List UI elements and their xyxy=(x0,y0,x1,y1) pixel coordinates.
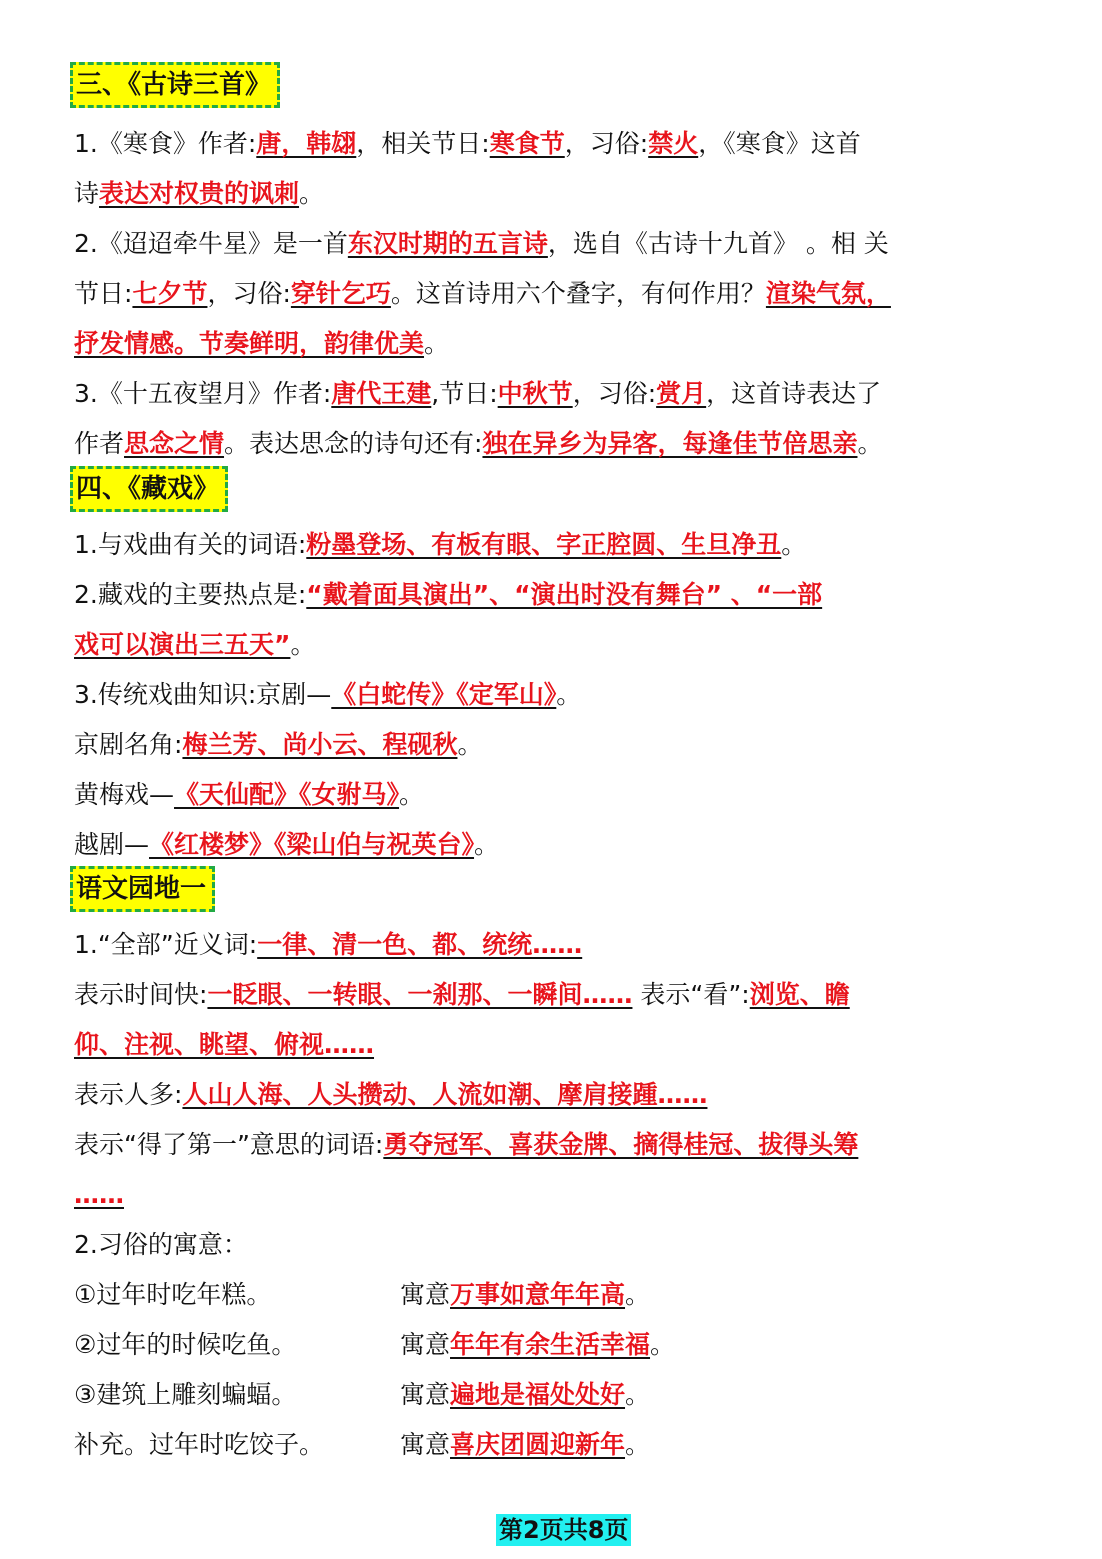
garden-line1: 1.“全部”近义词:一律、清一色、都、统统…… xyxy=(74,928,582,962)
answer-emotion: 思念之情 xyxy=(124,429,224,458)
text: 节日: xyxy=(74,279,132,308)
answer-meaning: 表达对权贵的讽刺 xyxy=(99,179,299,208)
text: 越剧— xyxy=(74,830,149,859)
answer-author: 唐代王建 xyxy=(331,379,431,408)
text: 2.藏戏的主要热点是: xyxy=(74,580,306,609)
text: 。 xyxy=(650,1330,675,1359)
poem1-line1: 1.《寒食》作者:唐，韩翃，相关节日:寒食节，习俗:禁火，《寒食》这首 xyxy=(74,127,861,161)
poem2-line1: 2.《迢迢牵牛星》是一首东汉时期的五言诗，选自《古诗十九首》 。相 关 xyxy=(74,227,889,261)
poem3-line1: 3.《十五夜望月》作者:唐代王建,节日:中秋节，习俗:赏月，这首诗表达了 xyxy=(74,377,881,411)
garden-line4: 表示人多:人山人海、人头攒动、人流如潮、摩肩接踵…… xyxy=(74,1078,707,1112)
answer-effect: 渲染气氛， xyxy=(766,279,891,308)
text: 。 xyxy=(299,179,324,208)
answer-meaning: 年年有余生活幸福 xyxy=(450,1330,650,1359)
opera-line6: 黄梅戏—《天仙配》《女驸马》。 xyxy=(74,778,424,812)
answer-meaning: 万事如意年年高 xyxy=(450,1280,625,1309)
text: ，选自《古诗十九首》 。相 关 xyxy=(548,229,889,258)
text: 。 xyxy=(625,1380,650,1409)
answer-meaning: 喜庆团圆迎新年 xyxy=(450,1430,625,1459)
text: 寓意 xyxy=(400,1380,450,1409)
custom-row-1: ①过年时吃年糕。 寓意万事如意年年高。 xyxy=(74,1278,1034,1312)
text: ,节日: xyxy=(431,379,497,408)
custom-desc: ③建筑上雕刻蝙蝠。 xyxy=(74,1380,296,1409)
text: 京剧名角: xyxy=(74,730,182,759)
text: ，相关节日: xyxy=(356,129,489,158)
opera-line2: 2.藏戏的主要热点是:“戴着面具演出”、“演出时没有舞台” 、“一部 xyxy=(74,578,822,612)
custom-meaning: 寓意年年有余生活幸福。 xyxy=(400,1328,675,1362)
answer-verse: 独在异乡为异客，每逢佳节倍思亲 xyxy=(482,429,857,458)
garden-line3: 仰、注视、眺望、俯视…… xyxy=(74,1028,374,1062)
text: ，习俗: xyxy=(565,129,648,158)
text: 3.《十五夜望月》作者: xyxy=(74,379,331,408)
section-heading-chinese-garden: 语文园地一 xyxy=(70,866,215,912)
text: 诗 xyxy=(74,179,99,208)
text: 寓意 xyxy=(400,1430,450,1459)
poem3-line2: 作者思念之情。表达思念的诗句还有:独在异乡为异客，每逢佳节倍思亲。 xyxy=(74,427,883,461)
text: 。 xyxy=(457,730,482,759)
answer-opera-features-cont: 戏可以演出三五天” xyxy=(74,630,290,659)
opera-line3: 戏可以演出三五天”。 xyxy=(74,628,315,662)
text: 1.“全部”近义词: xyxy=(74,930,257,959)
answer-huangmei: 《天仙配》《女驸马》 xyxy=(174,780,399,809)
text: 。 xyxy=(625,1430,650,1459)
answer-author: 唐，韩翃 xyxy=(256,129,356,158)
text: ，这首诗表达了 xyxy=(706,379,881,408)
text: 3.传统戏曲知识:京剧— xyxy=(74,680,331,709)
garden-line6: …… xyxy=(74,1178,124,1212)
text: ，《寒食》这首 xyxy=(698,129,861,158)
text: 。 xyxy=(474,830,499,859)
text: 2.《迢迢牵牛星》是一首 xyxy=(74,229,348,258)
text: ，习俗: xyxy=(573,379,656,408)
answer-first-place-cont: …… xyxy=(74,1180,124,1209)
opera-line5: 京剧名角:梅兰芳、尚小云、程砚秋。 xyxy=(74,728,482,762)
text: 作者 xyxy=(74,429,124,458)
custom-desc: 补充。过年时吃饺子。 xyxy=(74,1430,324,1459)
answer-time-fast: 一眨眼、一转眼、一刹那、一瞬间…… xyxy=(207,980,632,1009)
section-heading-tibetan-opera: 四、《藏戏》 xyxy=(70,466,228,512)
custom-desc: ②过年的时候吃鱼。 xyxy=(74,1330,296,1359)
poem1-line2: 诗表达对权贵的讽刺。 xyxy=(74,177,324,211)
text: 表示“得了第一”意思的词语: xyxy=(74,1130,383,1159)
answer-opera-words: 粉墨登场、有板有眼、字正腔圆、生旦净丑 xyxy=(306,530,781,559)
answer-poem-type: 东汉时期的五言诗 xyxy=(348,229,548,258)
answer-opera-features: “戴着面具演出”、“演出时没有舞台” 、“一部 xyxy=(306,580,822,609)
answer-custom: 禁火 xyxy=(648,129,698,158)
text: 。 xyxy=(857,429,882,458)
text: 。 xyxy=(424,329,449,358)
answer-famous-actors: 梅兰芳、尚小云、程砚秋 xyxy=(182,730,457,759)
answer-synonyms-all: 一律、清一色、都、统统…… xyxy=(257,930,582,959)
text: 寓意 xyxy=(400,1330,450,1359)
text: 。 xyxy=(290,630,315,659)
custom-meaning: 寓意万事如意年年高。 xyxy=(400,1278,650,1312)
text: 。 xyxy=(556,680,581,709)
custom-row-2: ②过年的时候吃鱼。 寓意年年有余生活幸福。 xyxy=(74,1328,1034,1362)
poem2-line3: 抒发情感。节奏鲜明，韵律优美。 xyxy=(74,327,449,361)
text: 黄梅戏— xyxy=(74,780,174,809)
opera-line4: 3.传统戏曲知识:京剧—《白蛇传》《定军山》。 xyxy=(74,678,581,712)
garden-line5: 表示“得了第一”意思的词语:勇夺冠军、喜获金牌、摘得桂冠、拔得头筹 xyxy=(74,1128,858,1162)
answer-festival: 七夕节 xyxy=(132,279,207,308)
answer-custom: 穿针乞巧 xyxy=(291,279,391,308)
text: 表示时间快: xyxy=(74,980,207,1009)
text: 。 xyxy=(781,530,806,559)
opera-line7: 越剧—《红楼梦》《梁山伯与祝英台》。 xyxy=(74,828,499,862)
answer-festival: 寒食节 xyxy=(490,129,565,158)
text: 表示人多: xyxy=(74,1080,182,1109)
text: 。 xyxy=(625,1280,650,1309)
text: 。 xyxy=(399,780,424,809)
text: 。这首诗用六个叠字，有何作用？ xyxy=(391,279,766,308)
answer-look: 浏览、瞻 xyxy=(750,980,850,1009)
text: 寓意 xyxy=(400,1280,450,1309)
section-heading-ancient-poems: 三、《古诗三首》 xyxy=(70,62,280,108)
text: 1.《寒食》作者: xyxy=(74,129,256,158)
answer-many-people: 人山人海、人头攒动、人流如潮、摩肩接踵…… xyxy=(182,1080,707,1109)
answer-custom: 赏月 xyxy=(656,379,706,408)
answer-look-cont: 仰、注视、眺望、俯视…… xyxy=(74,1030,374,1059)
custom-row-3: ③建筑上雕刻蝙蝠。 寓意遍地是福处处好。 xyxy=(74,1378,1034,1412)
answer-peking-opera: 《白蛇传》《定军山》 xyxy=(331,680,556,709)
opera-line1: 1.与戏曲有关的词语:粉墨登场、有板有眼、字正腔圆、生旦净丑。 xyxy=(74,528,806,562)
answer-festival: 中秋节 xyxy=(498,379,573,408)
text: 表示“看”: xyxy=(632,980,749,1009)
answer-first-place: 勇夺冠军、喜获金牌、摘得桂冠、拔得头筹 xyxy=(383,1130,858,1159)
custom-meaning: 寓意喜庆团圆迎新年。 xyxy=(400,1428,650,1462)
poem2-line2: 节日:七夕节，习俗:穿针乞巧。这首诗用六个叠字，有何作用？渲染气氛， xyxy=(74,277,891,311)
custom-desc: ①过年时吃年糕。 xyxy=(74,1280,271,1309)
garden-line2: 表示时间快:一眨眼、一转眼、一刹那、一瞬间…… 表示“看”:浏览、瞻 xyxy=(74,978,850,1012)
customs-title: 2.习俗的寓意： xyxy=(74,1228,248,1262)
answer-effect-cont: 抒发情感。节奏鲜明，韵律优美 xyxy=(74,329,424,358)
answer-yue-opera: 《红楼梦》《梁山伯与祝英台》 xyxy=(149,830,474,859)
text: 。表达思念的诗句还有: xyxy=(224,429,482,458)
custom-meaning: 寓意遍地是福处处好。 xyxy=(400,1378,650,1412)
text: ，习俗: xyxy=(207,279,290,308)
text: 1.与戏曲有关的词语: xyxy=(74,530,306,559)
custom-row-4: 补充。过年时吃饺子。 寓意喜庆团圆迎新年。 xyxy=(74,1428,1034,1462)
answer-meaning: 遍地是福处处好 xyxy=(450,1380,625,1409)
page-number: 第2页共8页 xyxy=(496,1514,631,1546)
